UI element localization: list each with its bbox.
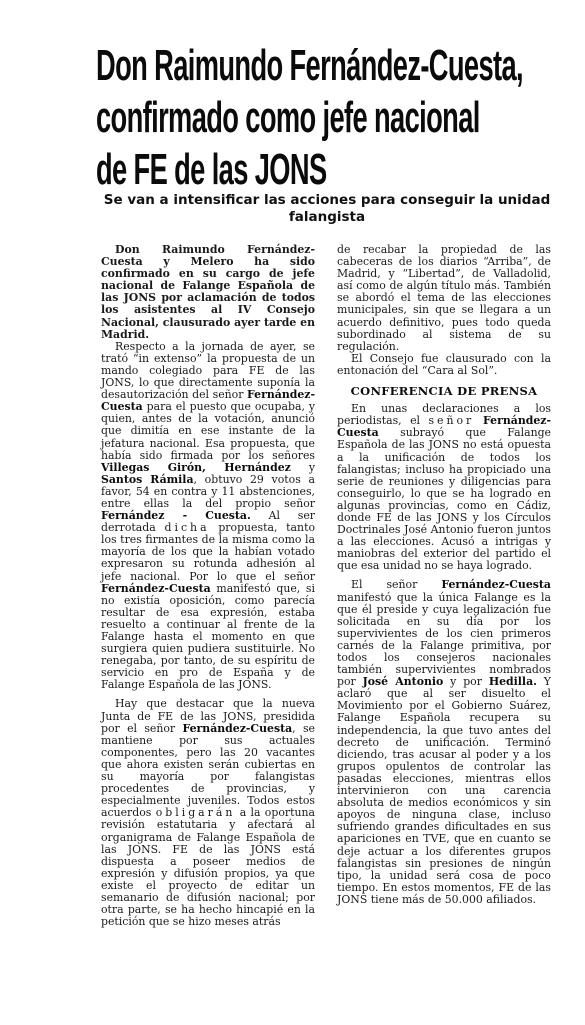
headline-line-2: confirmado como jefe nacional [96, 92, 381, 144]
text-run: Y aclaró que al ser disuelto el Movimien… [337, 675, 551, 906]
headline-line-3: de FE de las JONS [96, 144, 381, 196]
text-run: a la oportuna revisión estatutaria y afe… [101, 806, 315, 928]
article-column-right: de recabar la propiedad de las cabeceras… [337, 244, 551, 906]
spaced-word: señor [428, 414, 474, 427]
person-name: Fernández-Cuesta [182, 722, 292, 735]
text-run: manifestó que la única Falange es la que… [337, 591, 551, 689]
spaced-word: obligarán [156, 806, 236, 819]
article-column-left: Don Raimundo Fernández-Cuesta y Melero h… [101, 244, 315, 928]
person-name: Santos Rámila [101, 473, 194, 486]
body-paragraph: Hay que destacar que la nueva Junta de F… [101, 698, 315, 928]
lead-paragraph: Don Raimundo Fernández-Cuesta y Melero h… [101, 244, 315, 341]
text-run: y [291, 461, 315, 474]
person-name: Fernández-Cuesta [101, 582, 211, 595]
person-name: Hedilla. [489, 675, 537, 688]
text-run: subrayó que Falange Española de las JONS… [337, 426, 551, 572]
text-run: manifestó que, si no existía oposición, … [101, 582, 315, 692]
body-paragraph: El Consejo fue clausurado con la entonac… [337, 353, 551, 377]
person-name: Villegas Girón, Hernández [101, 461, 291, 474]
newspaper-clipping: Don Raimundo Fernández-Cuesta, confirmad… [0, 0, 585, 1025]
headline: Don Raimundo Fernández-Cuesta, confirmad… [96, 40, 381, 196]
section-heading: CONFERENCIA DE PRENSA [337, 385, 551, 397]
spaced-word: dicha [165, 521, 210, 534]
body-paragraph: En unas declaraciones a los periodistas,… [337, 403, 551, 572]
subheadline: Se van a intensificar las acciones para … [92, 192, 562, 226]
person-name: Fernández-Cuesta [441, 578, 551, 591]
person-name: José Antonio [363, 675, 444, 688]
body-paragraph: El señor Fernández-Cuesta manifestó que … [337, 579, 551, 906]
text-run: El señor [351, 578, 441, 591]
body-paragraph: Respecto a la jornada de ayer, se trató … [101, 341, 315, 692]
text-run: , se mantiene por sus actuales component… [101, 722, 315, 820]
person-name: Fernández - Cuesta. [101, 509, 251, 522]
body-paragraph: de recabar la propiedad de las cabeceras… [337, 244, 551, 353]
headline-line-1: Don Raimundo Fernández-Cuesta, [96, 40, 381, 92]
text-run: y por [443, 675, 489, 688]
